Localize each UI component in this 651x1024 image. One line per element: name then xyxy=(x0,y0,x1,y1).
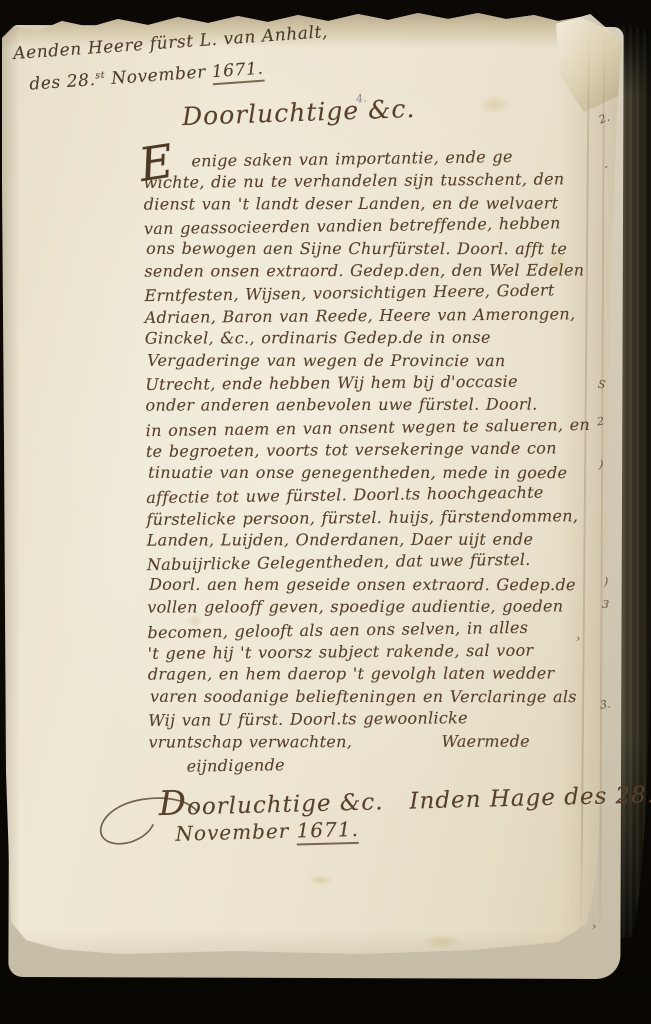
annotation-month: November xyxy=(105,62,213,89)
foxing-spot xyxy=(472,92,518,118)
foxing-spot xyxy=(302,872,340,888)
manuscript-photo: Aenden Heere fürst L. van Anhalt, des 28… xyxy=(0,0,651,1024)
spacer xyxy=(384,809,410,810)
closing-month: November xyxy=(175,819,297,846)
closing-place-date: Inden Hage des 28. xyxy=(409,782,651,814)
body-line: Adriaen, Baron van Reede, Heere van Amer… xyxy=(145,303,597,329)
body-line: varen soodanige beliefteningen en Vercla… xyxy=(150,686,602,709)
body-line: Wij van U fürst. Doorl.ts gewoonlicke xyxy=(148,706,600,732)
body-line: dragen, en hem daerop 't gevolgh laten w… xyxy=(148,663,600,687)
closing-salutation: oorluchtige &c. xyxy=(187,789,384,820)
body-line: Doorl. aen hem geseide onsen extraord. G… xyxy=(149,574,601,597)
body-line: ons bewogen aen Sijne Churfürstel. Doorl… xyxy=(146,237,598,260)
letter-body: E enige saken van importantie, ende gewi… xyxy=(143,146,600,777)
edge-ink-mark: 3. xyxy=(599,697,611,711)
edge-ink-mark: 2 xyxy=(596,415,604,429)
body-line: Vergaderinge van wegen de Provincie van xyxy=(147,349,599,372)
closing-year-underlined: 1671. xyxy=(296,817,359,846)
closing-line-2: November 1671. xyxy=(175,817,359,846)
edge-ink-mark: › xyxy=(576,632,580,645)
edge-ink-mark: › xyxy=(592,920,596,933)
body-line: Nabuijrlicke Gelegentheden, dat uwe fürs… xyxy=(147,548,599,577)
foxing-spot xyxy=(412,932,472,952)
body-line: van geassocieerden vandien betreffende, … xyxy=(144,212,596,241)
annotation-year-underlined: 1671. xyxy=(211,58,264,85)
body-line: vollen gelooff geven, spoedige audientie… xyxy=(147,596,599,620)
closing-initial: D xyxy=(158,783,187,824)
body-line: Utrecht, ende hebben Wij hem bij d'occas… xyxy=(145,370,597,396)
body-lines: enige saken van importantie, ende gewich… xyxy=(143,146,600,777)
edge-ink-mark: ) xyxy=(604,575,608,588)
body-line: Ginckel, &c., ordinaris Gedep.de in onse xyxy=(145,327,597,351)
edge-ink-mark: S xyxy=(597,378,606,392)
annotation-date: des 28. xyxy=(29,70,97,95)
edge-ink-mark: 3 xyxy=(601,598,609,612)
edge-ink-mark: ) xyxy=(599,458,604,471)
